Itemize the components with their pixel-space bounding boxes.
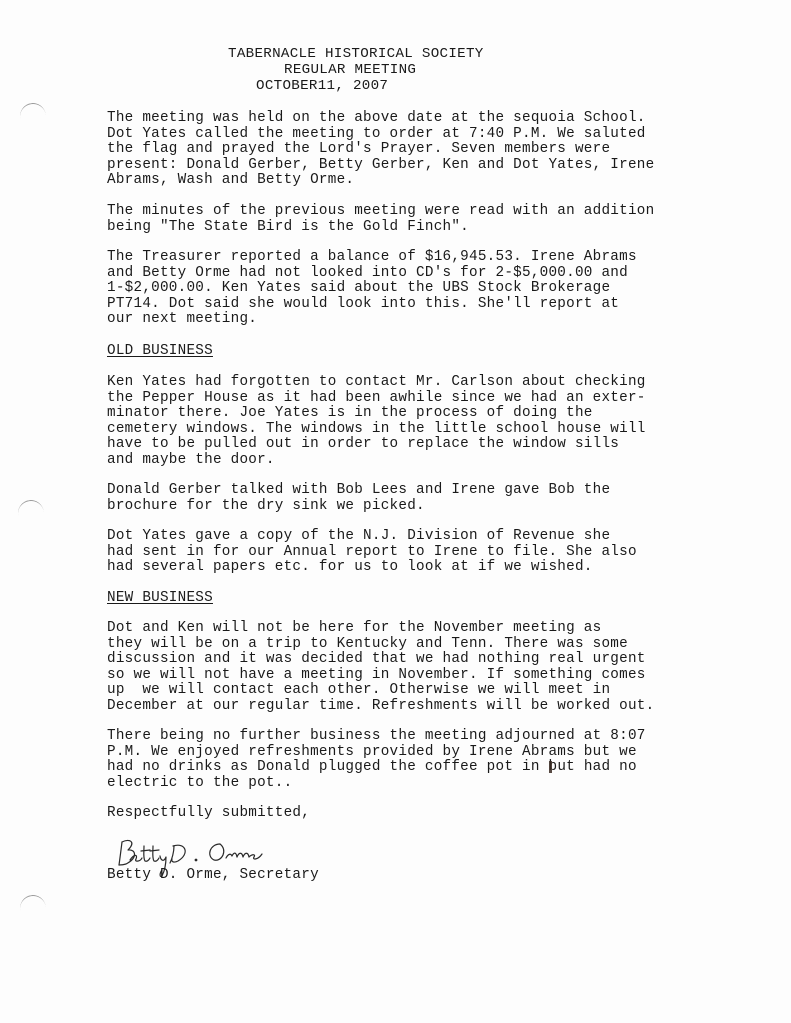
hole-punch-mark: [16, 498, 46, 528]
new-business-item: Dot and Ken will not be here for the Nov…: [107, 621, 747, 714]
organization-title: TABERNACLE HISTORICAL SOCIETY: [228, 47, 484, 63]
scanned-page: TABERNACLE HISTORICAL SOCIETY REGULAR ME…: [0, 0, 791, 1023]
hole-punch-mark: [18, 893, 48, 923]
treasurer-paragraph: The Treasurer reported a balance of $16,…: [107, 250, 747, 328]
ink-blot-mark: b: [548, 760, 557, 776]
old-business-item: Dot Yates gave a copy of the N.J. Divisi…: [107, 529, 747, 576]
meeting-date: OCTOBER11, 2007: [256, 79, 388, 95]
opening-paragraph: The meeting was held on the above date a…: [107, 111, 747, 189]
adjournment-line: There being no further business the meet…: [107, 728, 646, 744]
new-business-heading: NEW BUSINESS: [107, 591, 213, 607]
closing-salutation: Respectfully submitted,: [107, 806, 747, 822]
hole-punch-mark: [18, 101, 48, 131]
old-business-heading: OLD BUSINESS: [107, 344, 213, 360]
adjournment-line: had no drinks as Donald plugged the coff…: [107, 759, 548, 775]
adjournment-line: P.M. We enjoyed refreshments provided by…: [107, 744, 637, 760]
adjournment-paragraph: There being no further business the meet…: [107, 729, 747, 791]
adjournment-line: electric to the pot..: [107, 775, 292, 791]
adjournment-line: ut had no: [557, 759, 636, 775]
meeting-type: REGULAR MEETING: [284, 63, 416, 79]
minutes-paragraph: The minutes of the previous meeting were…: [107, 204, 747, 235]
signer-name-title: Betty D. Orme, Secretary: [107, 868, 747, 884]
old-business-item: Donald Gerber talked with Bob Lees and I…: [107, 483, 747, 514]
old-business-item: Ken Yates had forgotten to contact Mr. C…: [107, 375, 747, 468]
